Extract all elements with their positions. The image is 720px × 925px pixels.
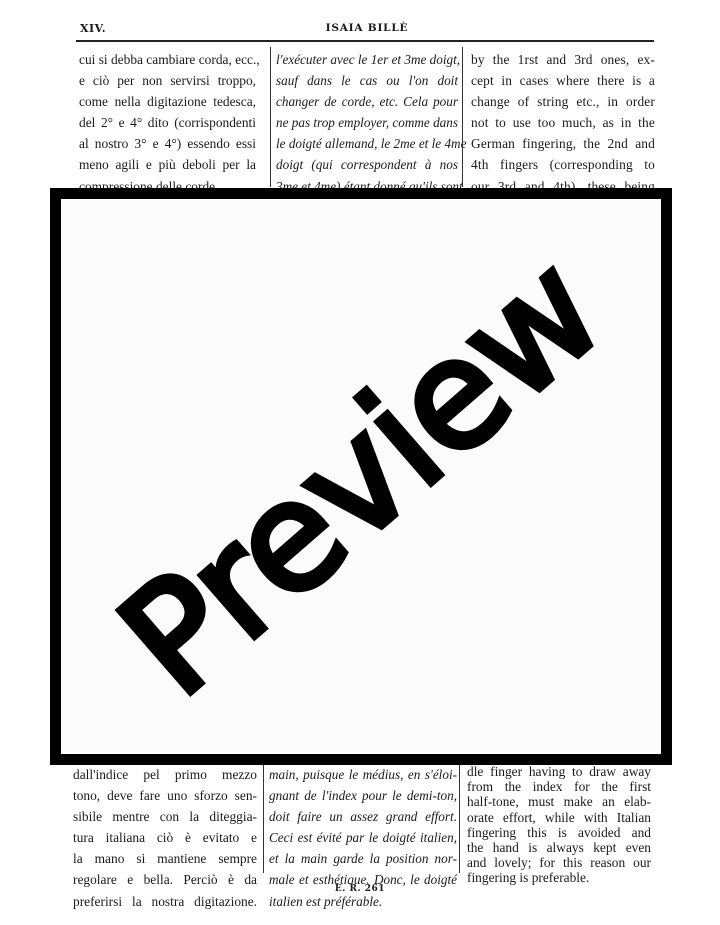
text-line: and lovely; for this reason our <box>467 855 651 870</box>
text-line: from the index for the first <box>467 779 651 794</box>
text-line: e ciò per non servirsi troppo, <box>79 70 256 91</box>
text-line: main, puisque le médius, en s'éloi- <box>269 764 457 785</box>
text-line: come nella digitazione tedesca, <box>79 91 256 112</box>
text-line: tono, deve fare uno sforzo sen- <box>73 785 257 806</box>
text-line: ne pas trop employer, comme dans <box>276 112 458 133</box>
text-line: 4th fingers (corresponding to <box>471 154 655 175</box>
column-divider <box>263 765 264 873</box>
english-column-bottom: dle finger having to draw away from the … <box>467 764 651 886</box>
italian-column-top: cui si debba cambiare corda, ecc., e ciò… <box>79 49 256 197</box>
preview-watermark-text: Preview <box>89 224 633 729</box>
text-line: Ceci est évité par le doigté italien, <box>269 827 457 848</box>
text-line: cept in cases where there is a <box>471 70 655 91</box>
text-line: le doigté allemand, le 2me et le 4me <box>276 133 458 154</box>
text-line: not to use too much, as in the <box>471 112 655 133</box>
text-line: gnant de l'index pour le demi-ton, <box>269 785 457 806</box>
text-line: cui si debba cambiare corda, ecc., <box>79 49 256 70</box>
text-line: change of string etc., in order <box>471 91 655 112</box>
text-line: doigt (qui correspondent à nos <box>276 154 458 175</box>
text-line: del 2° e 4° dito (corrispondenti <box>79 112 256 133</box>
text-line: orate effort, while with Italian <box>467 810 651 825</box>
text-line: et la main garde la position nor- <box>269 848 457 869</box>
text-line: meno agili e più deboli per la <box>79 154 256 175</box>
text-line: half-tone, must make an elab- <box>467 794 651 809</box>
column-divider <box>270 47 271 187</box>
running-title: ISAIA BILLÈ <box>80 22 654 34</box>
text-line: dall'indice pel primo mezzo <box>73 764 257 785</box>
header-rule <box>76 40 654 42</box>
text-line: sibile mentre con la diteggia- <box>73 806 257 827</box>
column-divider <box>462 47 463 187</box>
preview-watermark-box: Preview <box>50 188 672 765</box>
column-divider <box>459 765 460 873</box>
text-line: the hand is always kept even <box>467 840 651 855</box>
text-line: la mano si mantiene sempre <box>73 848 257 869</box>
plate-number: E. R. 261 <box>0 884 720 894</box>
text-line: doit faire un assez grand effort. <box>269 806 457 827</box>
text-line: sauf dans le cas ou l'on doit <box>276 70 458 91</box>
text-line: tura italiana ciò è evitato e <box>73 827 257 848</box>
text-line: by the 1rst and 3rd ones, ex- <box>471 49 655 70</box>
text-line: al nostro 3° e 4°) essendo essi <box>79 133 256 154</box>
text-line: changer de corde, etc. Cela pour <box>276 91 458 112</box>
text-line: German fingering, the 2nd and <box>471 133 655 154</box>
text-line: fingering this is avoided and <box>467 825 651 840</box>
text-line: dle finger having to draw away <box>467 764 651 779</box>
text-line: l'exécuter avec le 1er et 3me doigt, <box>276 49 458 70</box>
